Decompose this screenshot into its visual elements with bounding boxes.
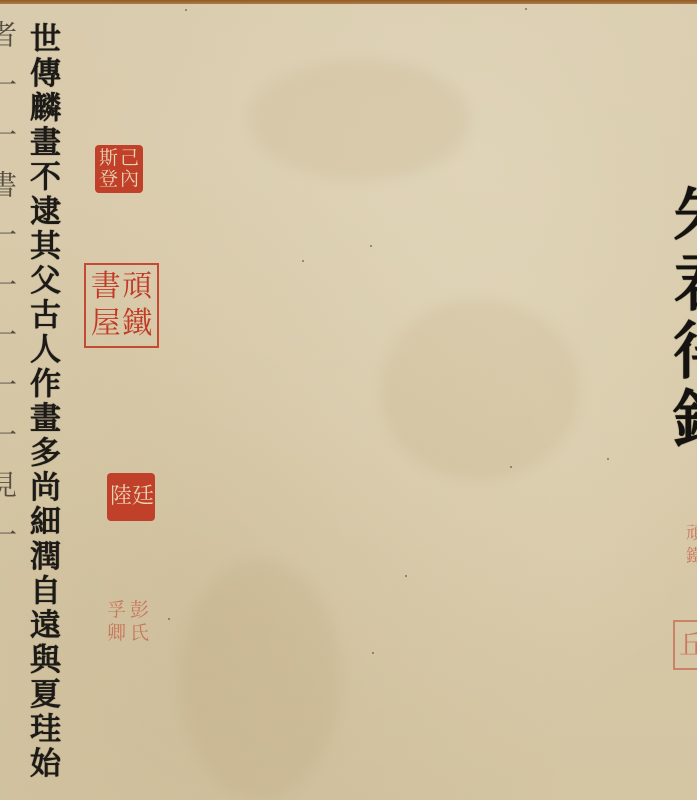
seal-character: 陸: [110, 486, 132, 508]
paper-speck: [370, 245, 372, 247]
seal-outline-red: 丘: [673, 620, 697, 670]
seal-character: 頑: [122, 272, 152, 302]
calligraphy-text-column: 世傳麟畫不逮其父古人作畫多尚細潤自遠與夏珪始: [22, 22, 62, 781]
paper-speck: [607, 458, 609, 460]
seal-character: 內: [120, 170, 139, 189]
seal-character: 丘: [679, 631, 697, 659]
seal-character: 書: [91, 272, 121, 302]
paper-stain: [380, 300, 580, 480]
seal-character: 屋: [91, 309, 121, 339]
seal-character: 氏: [130, 624, 149, 643]
paper-speck: [510, 466, 512, 468]
paper-speck: [405, 575, 407, 577]
seal-outline-red: 頑 鐵: [680, 520, 697, 570]
paper-stain: [180, 560, 340, 800]
seal-outline-red: 頑 鐵 書 屋: [84, 263, 159, 348]
paper-stain: [250, 60, 470, 180]
large-calligraphy-column: 朱君得錦: [664, 182, 697, 454]
seal-character: 己: [120, 149, 139, 168]
paper-speck: [185, 9, 187, 11]
seal-character: 頑: [686, 525, 697, 543]
seal-character: 彭: [130, 601, 149, 620]
seal-character: 登: [99, 170, 118, 189]
seal-square-red: 斯 己 登 內: [95, 145, 143, 193]
paper-speck: [168, 618, 170, 620]
paper-speck: [302, 260, 304, 262]
left-edge-text-column: 者一一書一一一一一見一: [0, 20, 16, 570]
seal-square-red: 陸 廷: [107, 473, 155, 521]
paper-speck: [372, 652, 374, 654]
seal-character: 孚: [107, 601, 126, 620]
seal-character: 卿: [107, 624, 126, 643]
seal-character: 鐵: [686, 548, 697, 566]
mount-border: [0, 0, 697, 4]
paper-speck: [525, 8, 527, 10]
seal-character: 廷: [132, 486, 154, 508]
seal-character: 鐵: [122, 309, 152, 339]
seal-character: 斯: [99, 149, 118, 168]
seal-outline-red: 彭 氏 孚 卿: [103, 597, 153, 647]
